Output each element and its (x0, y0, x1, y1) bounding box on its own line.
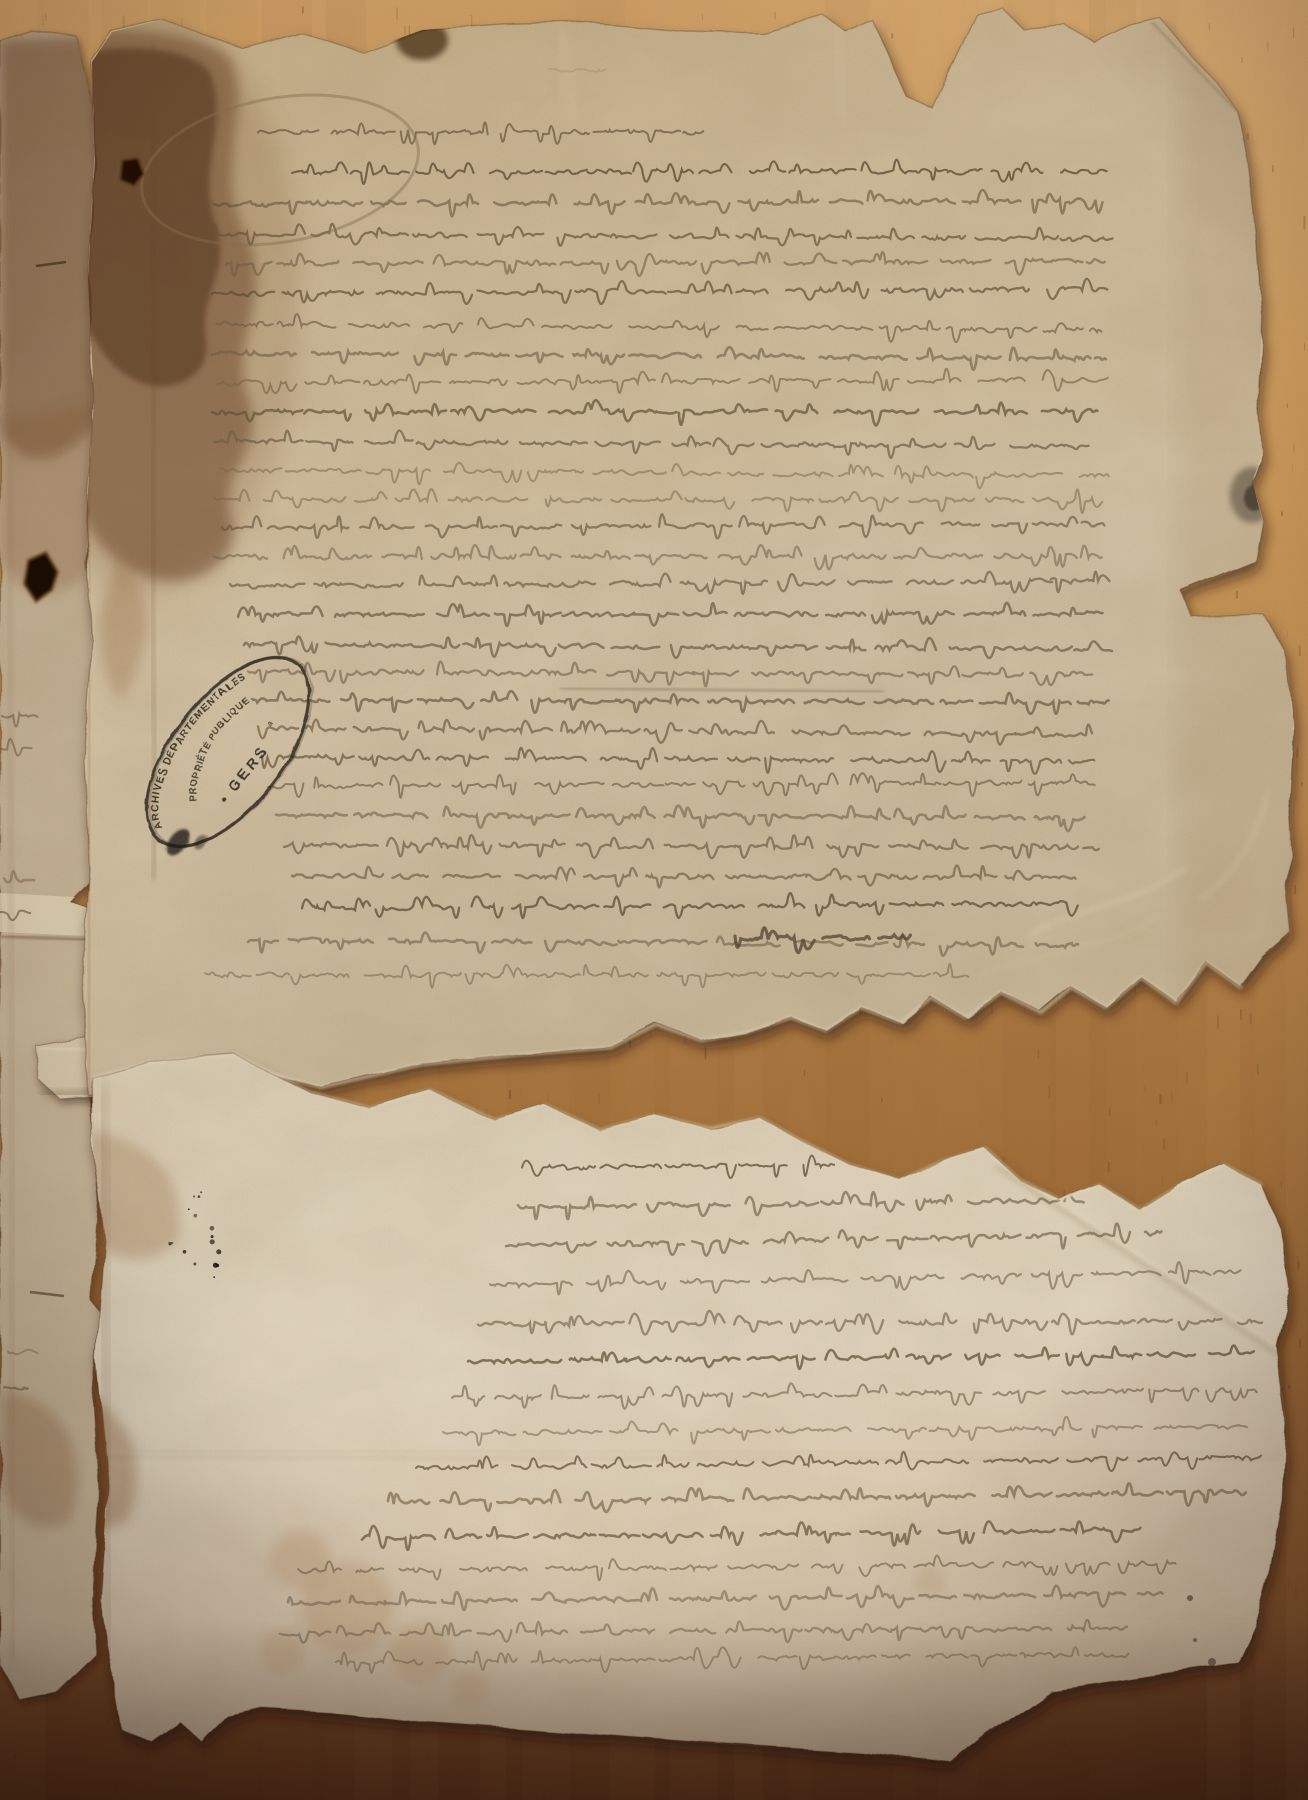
bottom-shadow-overlay (0, 1620, 1308, 1800)
photo-of-manuscript: ARCHIVES DÉPARTEMENTALES PROPRIÉTÉ PUBLI… (0, 0, 1308, 1800)
vignette-overlay (0, 0, 1308, 1800)
